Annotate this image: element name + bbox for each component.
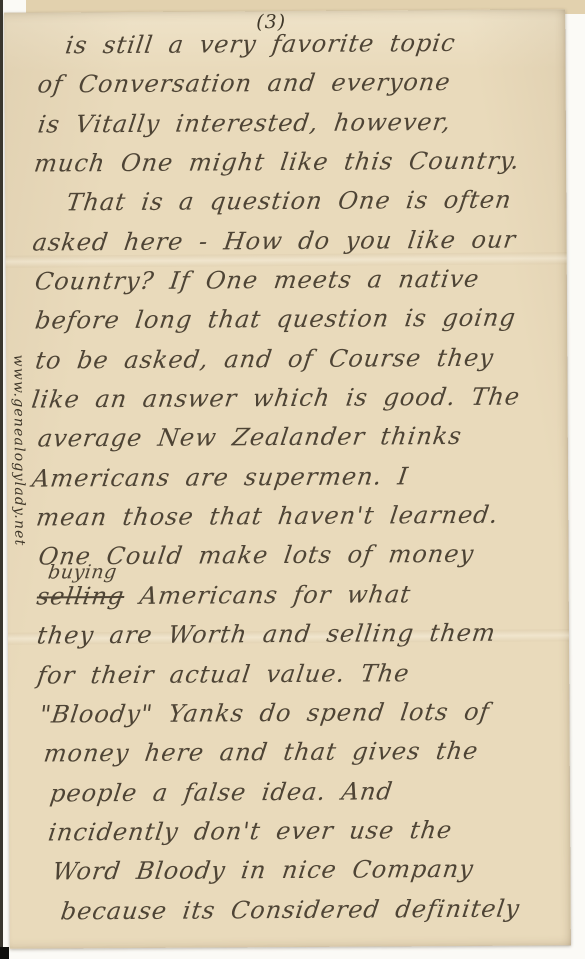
letter-line: like an answer which is good. The (29, 380, 565, 423)
letter-line-rest: Americans for what (138, 580, 413, 610)
letter-line: Country? If One meets a native (32, 262, 564, 305)
inserted-word: buying (47, 563, 118, 582)
letter-line: Americans are supermen. I (29, 459, 565, 502)
letter-line: That is a question One is often (63, 184, 563, 226)
letter-line: before long that question is going (32, 302, 564, 345)
letter-line: mean those that haven't learned. (33, 498, 565, 541)
letter-line: average New Zealander thinks (35, 420, 565, 463)
scanned-letter-page: www.genealogylady.net (3) is still a ver… (0, 0, 585, 959)
letter-line: incidently don't ever use the (45, 813, 567, 856)
letter-line: money here and that gives the (41, 734, 567, 777)
letter-line: much One might like this Country. (31, 144, 563, 187)
letter-line: of Conversation and everyone (35, 66, 563, 109)
letter-line: for their actual value. The (34, 656, 566, 699)
letter-line: they are Worth and selling them (34, 616, 566, 659)
letter-line: to be asked, and of Course they (32, 341, 564, 384)
struck-out-word: selling (35, 582, 126, 611)
letter-line-with-correction: buyingselling Americans for what (34, 577, 566, 620)
scanner-corner-mark (0, 947, 9, 959)
letter-line: because its Considered definitely (58, 892, 568, 934)
letter-paper: www.genealogylady.net (3) is still a ver… (4, 9, 571, 948)
letter-line: is Vitally interested, however, (35, 105, 563, 148)
word-correction: buyingselling (35, 580, 127, 614)
letter-line: "Bloody" Yanks do spend lots of (37, 695, 567, 738)
letter-line: asked here - How do you like our (30, 223, 564, 266)
letter-line: is still a very favorite topic (62, 26, 562, 68)
handwritten-text-body: is still a very favorite topic of Conver… (14, 26, 563, 934)
scanner-edge-strip (0, 0, 3, 959)
letter-line: Word Bloody in nice Company (50, 853, 568, 896)
letter-line: people a false idea. And (47, 774, 567, 817)
